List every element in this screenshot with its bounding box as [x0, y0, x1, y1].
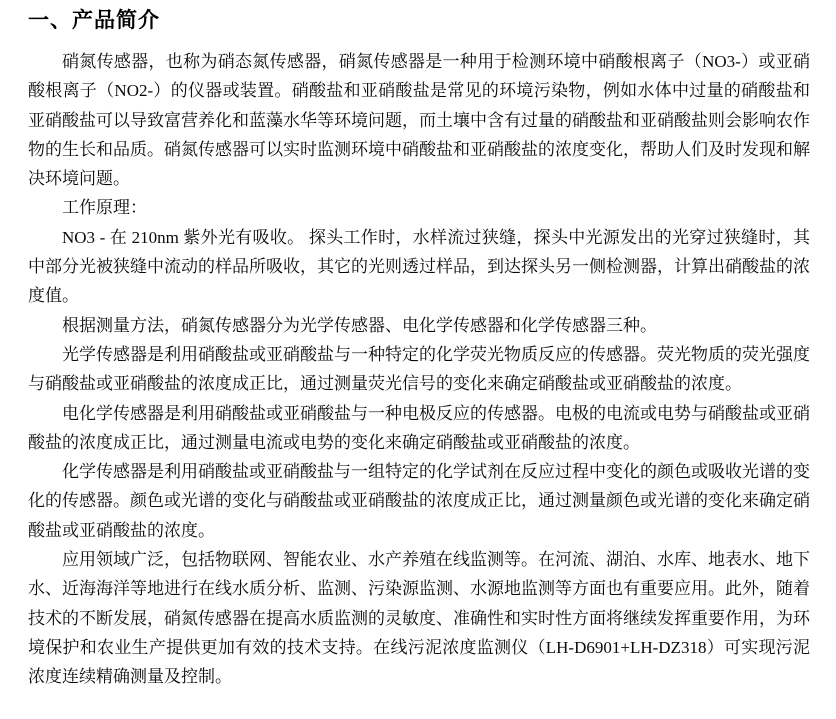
paragraph-working-principle-label: 工作原理：	[28, 193, 810, 222]
section-heading: 一、产品简介	[28, 6, 810, 36]
paragraph-sensor-types: 根据测量方法，硝氮传感器分为光学传感器、电化学传感器和化学传感器三种。	[28, 311, 810, 340]
paragraph-product-intro: 硝氮传感器，也称为硝态氮传感器，硝氮传感器是一种用于检测环境中硝酸根离子（NO3…	[28, 47, 810, 193]
paragraph-applications: 应用领域广泛，包括物联网、智能农业、水产养殖在线监测等。在河流、湖泊、水库、地表…	[28, 545, 810, 691]
paragraph-chemical-sensor: 化学传感器是利用硝酸盐或亚硝酸盐与一组特定的化学试剂在反应过程中变化的颜色或吸收…	[28, 457, 810, 545]
paragraph-optical-sensor: 光学传感器是利用硝酸盐或亚硝酸盐与一种特定的化学荧光物质反应的传感器。荧光物质的…	[28, 340, 810, 399]
document-body: 硝氮传感器，也称为硝态氮传感器，硝氮传感器是一种用于检测环境中硝酸根离子（NO3…	[28, 47, 810, 692]
paragraph-electrochemical-sensor: 电化学传感器是利用硝酸盐或亚硝酸盐与一种电极反应的传感器。电极的电流或电势与硝酸…	[28, 399, 810, 458]
document-page: 一、产品简介 硝氮传感器，也称为硝态氮传感器，硝氮传感器是一种用于检测环境中硝酸…	[0, 0, 836, 719]
paragraph-working-principle: NO3 - 在 210nm 紫外光有吸收。 探头工作时，水样流过狭缝，探头中光源…	[28, 223, 810, 311]
